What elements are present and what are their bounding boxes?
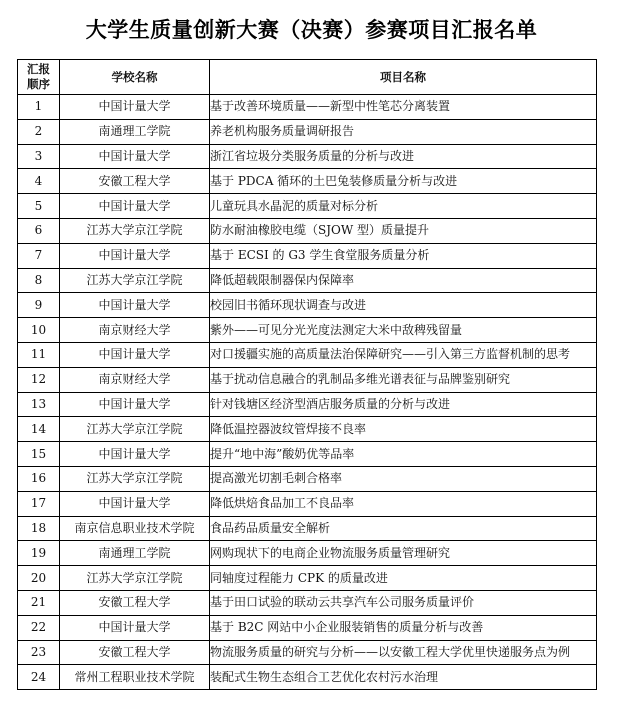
order-cell: 8 bbox=[18, 268, 60, 293]
project-cell: 降低温控器波纹管焊接不良率 bbox=[210, 417, 597, 442]
order-cell: 11 bbox=[18, 342, 60, 367]
school-cell: 中国计量大学 bbox=[60, 95, 210, 120]
school-cell: 江苏大学京江学院 bbox=[60, 218, 210, 243]
project-cell: 装配式生物生态组合工艺优化农村污水治理 bbox=[210, 665, 597, 690]
order-cell: 16 bbox=[18, 466, 60, 491]
order-cell: 9 bbox=[18, 293, 60, 318]
project-cell: 基于 B2C 网站中小企业服装销售的质量分析与改善 bbox=[210, 615, 597, 640]
order-cell: 13 bbox=[18, 392, 60, 417]
table-row: 16江苏大学京江学院提高激光切割毛刺合格率 bbox=[18, 466, 597, 491]
table-row: 17中国计量大学降低烘焙食品加工不良品率 bbox=[18, 491, 597, 516]
project-cell: 降低超载限制器保内保障率 bbox=[210, 268, 597, 293]
school-cell: 中国计量大学 bbox=[60, 194, 210, 219]
order-cell: 22 bbox=[18, 615, 60, 640]
order-cell: 4 bbox=[18, 169, 60, 194]
school-cell: 中国计量大学 bbox=[60, 342, 210, 367]
table-row: 22中国计量大学基于 B2C 网站中小企业服装销售的质量分析与改善 bbox=[18, 615, 597, 640]
project-cell: 浙江省垃圾分类服务质量的分析与改进 bbox=[210, 144, 597, 169]
order-cell: 19 bbox=[18, 541, 60, 566]
project-cell: 提升“地中海”酸奶优等品率 bbox=[210, 442, 597, 467]
table-row: 19南通理工学院网购现状下的电商企业物流服务质量管理研究 bbox=[18, 541, 597, 566]
school-cell: 南京财经大学 bbox=[60, 367, 210, 392]
table-row: 2南通理工学院养老机构服务质量调研报告 bbox=[18, 119, 597, 144]
school-cell: 中国计量大学 bbox=[60, 491, 210, 516]
project-cell: 养老机构服务质量调研报告 bbox=[210, 119, 597, 144]
project-cell: 基于扰动信息融合的乳制品多维光谱表征与品牌鉴别研究 bbox=[210, 367, 597, 392]
table-row: 23安徽工程大学物流服务质量的研究与分析——以安徽工程大学优里快递服务点为例 bbox=[18, 640, 597, 665]
table-row: 13中国计量大学针对钱塘区经济型酒店服务质量的分析与改进 bbox=[18, 392, 597, 417]
table-row: 24常州工程职业技术学院装配式生物生态组合工艺优化农村污水治理 bbox=[18, 665, 597, 690]
order-cell: 2 bbox=[18, 119, 60, 144]
table-row: 9中国计量大学校园旧书循环现状调查与改进 bbox=[18, 293, 597, 318]
table-row: 7中国计量大学基于 ECSI 的 G3 学生食堂服务质量分析 bbox=[18, 243, 597, 268]
order-cell: 10 bbox=[18, 318, 60, 343]
project-cell: 防水耐油橡胶电缆（SJOW 型）质量提升 bbox=[210, 218, 597, 243]
project-cell: 基于 PDCA 循环的土巴兔装修质量分析与改进 bbox=[210, 169, 597, 194]
order-cell: 15 bbox=[18, 442, 60, 467]
project-cell: 基于田口试验的联动云共享汽车公司服务质量评价 bbox=[210, 590, 597, 615]
school-cell: 中国计量大学 bbox=[60, 243, 210, 268]
project-cell: 儿童玩具水晶泥的质量对标分析 bbox=[210, 194, 597, 219]
table-row: 4安徽工程大学基于 PDCA 循环的土巴兔装修质量分析与改进 bbox=[18, 169, 597, 194]
order-cell: 7 bbox=[18, 243, 60, 268]
order-cell: 24 bbox=[18, 665, 60, 690]
school-cell: 江苏大学京江学院 bbox=[60, 566, 210, 591]
table-row: 10南京财经大学紫外——可见分光光度法测定大米中敌稗残留量 bbox=[18, 318, 597, 343]
school-cell: 安徽工程大学 bbox=[60, 590, 210, 615]
table-row: 15中国计量大学提升“地中海”酸奶优等品率 bbox=[18, 442, 597, 467]
order-cell: 5 bbox=[18, 194, 60, 219]
project-cell: 基于改善环境质量——新型中性笔芯分离装置 bbox=[210, 95, 597, 120]
project-cell: 物流服务质量的研究与分析——以安徽工程大学优里快递服务点为例 bbox=[210, 640, 597, 665]
school-cell: 江苏大学京江学院 bbox=[60, 417, 210, 442]
table-row: 8江苏大学京江学院降低超载限制器保内保障率 bbox=[18, 268, 597, 293]
table-row: 3中国计量大学浙江省垃圾分类服务质量的分析与改进 bbox=[18, 144, 597, 169]
order-cell: 6 bbox=[18, 218, 60, 243]
school-cell: 中国计量大学 bbox=[60, 392, 210, 417]
order-cell: 12 bbox=[18, 367, 60, 392]
school-cell: 南通理工学院 bbox=[60, 541, 210, 566]
school-cell: 南通理工学院 bbox=[60, 119, 210, 144]
document-title: 大学生质量创新大赛（决赛）参赛项目汇报名单 bbox=[0, 14, 623, 44]
project-cell: 针对钱塘区经济型酒店服务质量的分析与改进 bbox=[210, 392, 597, 417]
order-cell: 17 bbox=[18, 491, 60, 516]
order-cell: 20 bbox=[18, 566, 60, 591]
order-cell: 14 bbox=[18, 417, 60, 442]
school-cell: 中国计量大学 bbox=[60, 293, 210, 318]
table-header-row: 汇报顺序 学校名称 项目名称 bbox=[18, 60, 597, 95]
school-cell: 安徽工程大学 bbox=[60, 169, 210, 194]
school-cell: 江苏大学京江学院 bbox=[60, 466, 210, 491]
table-row: 14江苏大学京江学院降低温控器波纹管焊接不良率 bbox=[18, 417, 597, 442]
header-order: 汇报顺序 bbox=[18, 60, 60, 95]
project-cell: 提高激光切割毛刺合格率 bbox=[210, 466, 597, 491]
school-cell: 常州工程职业技术学院 bbox=[60, 665, 210, 690]
project-cell: 同轴度过程能力 CPK 的质量改进 bbox=[210, 566, 597, 591]
order-cell: 3 bbox=[18, 144, 60, 169]
order-cell: 1 bbox=[18, 95, 60, 120]
project-cell: 校园旧书循环现状调查与改进 bbox=[210, 293, 597, 318]
order-cell: 18 bbox=[18, 516, 60, 541]
school-cell: 中国计量大学 bbox=[60, 144, 210, 169]
project-cell: 基于 ECSI 的 G3 学生食堂服务质量分析 bbox=[210, 243, 597, 268]
school-cell: 南京信息职业技术学院 bbox=[60, 516, 210, 541]
table-row: 6江苏大学京江学院防水耐油橡胶电缆（SJOW 型）质量提升 bbox=[18, 218, 597, 243]
header-school: 学校名称 bbox=[60, 60, 210, 95]
order-cell: 21 bbox=[18, 590, 60, 615]
school-cell: 南京财经大学 bbox=[60, 318, 210, 343]
header-project: 项目名称 bbox=[210, 60, 597, 95]
table-row: 5中国计量大学儿童玩具水晶泥的质量对标分析 bbox=[18, 194, 597, 219]
project-list-table: 汇报顺序 学校名称 项目名称 1中国计量大学基于改善环境质量——新型中性笔芯分离… bbox=[17, 59, 597, 690]
table-row: 18南京信息职业技术学院食品药品质量安全解析 bbox=[18, 516, 597, 541]
table-row: 12南京财经大学基于扰动信息融合的乳制品多维光谱表征与品牌鉴别研究 bbox=[18, 367, 597, 392]
project-cell: 网购现状下的电商企业物流服务质量管理研究 bbox=[210, 541, 597, 566]
order-cell: 23 bbox=[18, 640, 60, 665]
project-cell: 降低烘焙食品加工不良品率 bbox=[210, 491, 597, 516]
project-cell: 对口援疆实施的高质量法治保障研究——引入第三方监督机制的思考 bbox=[210, 342, 597, 367]
school-cell: 安徽工程大学 bbox=[60, 640, 210, 665]
project-cell: 食品药品质量安全解析 bbox=[210, 516, 597, 541]
table-row: 1中国计量大学基于改善环境质量——新型中性笔芯分离装置 bbox=[18, 95, 597, 120]
project-cell: 紫外——可见分光光度法测定大米中敌稗残留量 bbox=[210, 318, 597, 343]
school-cell: 中国计量大学 bbox=[60, 615, 210, 640]
school-cell: 中国计量大学 bbox=[60, 442, 210, 467]
table-row: 21安徽工程大学基于田口试验的联动云共享汽车公司服务质量评价 bbox=[18, 590, 597, 615]
school-cell: 江苏大学京江学院 bbox=[60, 268, 210, 293]
table-row: 20江苏大学京江学院同轴度过程能力 CPK 的质量改进 bbox=[18, 566, 597, 591]
table-row: 11中国计量大学对口援疆实施的高质量法治保障研究——引入第三方监督机制的思考 bbox=[18, 342, 597, 367]
